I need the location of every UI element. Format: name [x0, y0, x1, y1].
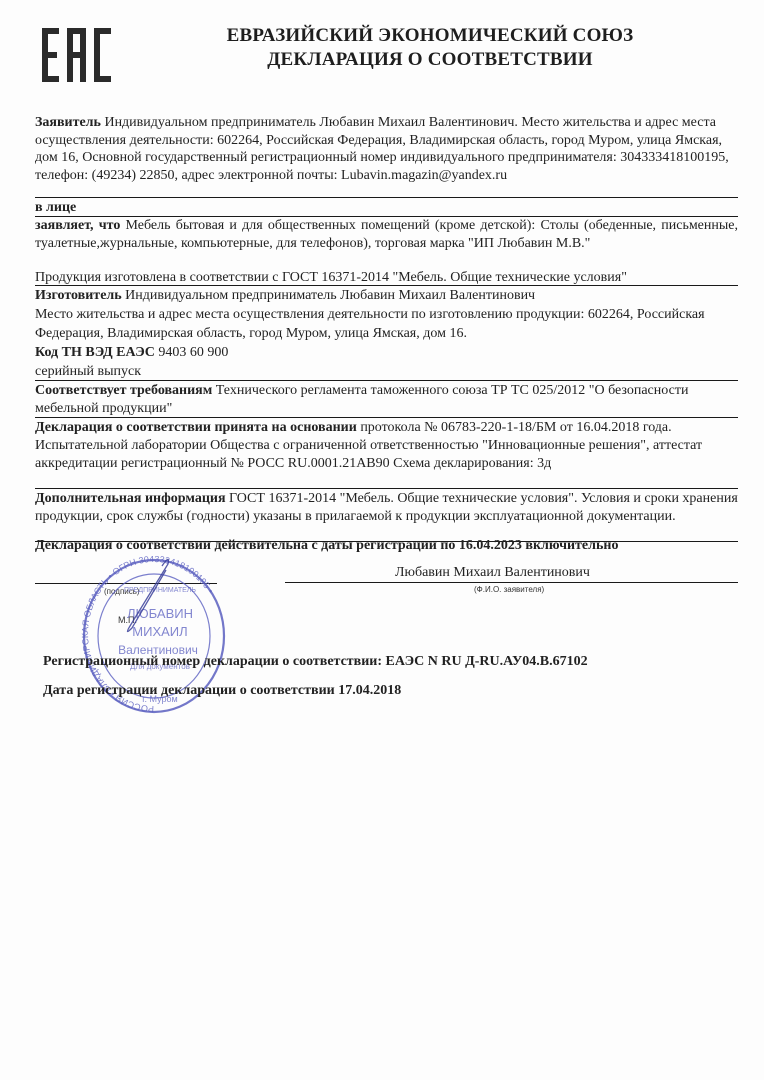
conformity-label: Соответствует требованиям — [35, 383, 212, 398]
produced-per-standard: Продукция изготовлена в соответствии с Г… — [35, 269, 738, 287]
applicant-text: Индивидуальном предприниматель Любавин М… — [35, 115, 729, 183]
divider — [35, 197, 738, 198]
applicant-name: Любавин Михаил Валентинович — [395, 564, 695, 582]
title-declaration: ДЕКЛАРАЦИЯ О СООТВЕТСТВИИ — [160, 48, 700, 72]
stamp-line2: МИХАИЛ — [132, 624, 187, 639]
page-title: ЕВРАЗИЙСКИЙ ЭКОНОМИЧЕСКИЙ СОЮЗ ДЕКЛАРАЦИ… — [160, 24, 700, 72]
represented-by-section: в лице — [35, 199, 738, 217]
declares-section: заявляет, что Мебель бытовая и для общес… — [35, 217, 738, 252]
conformity-section: Соответствует требованиям Технического р… — [35, 382, 738, 418]
name-caption: (Ф.И.О. заявителя) — [474, 585, 544, 594]
divider — [35, 380, 738, 381]
applicant-label: Заявитель — [35, 115, 101, 130]
basis-section: Декларация о соответствии принята на осн… — [35, 419, 738, 473]
tn-ved-value: 9403 60 900 — [155, 345, 229, 360]
tn-ved-code: Код ТН ВЭД ЕАЭС 9403 60 900 — [35, 343, 738, 362]
tn-ved-label: Код ТН ВЭД ЕАЭС — [35, 345, 155, 360]
additional-info-label: Дополнительная информация — [35, 491, 226, 506]
eac-logo — [42, 28, 112, 82]
registration-number: Регистрационный номер декларации о соотв… — [43, 654, 588, 670]
declares-text: Мебель бытовая и для общественных помеще… — [35, 218, 738, 251]
manufacturer-section: Изготовитель Индивидуальном предпринимат… — [35, 286, 738, 381]
registration-date: Дата регистрации декларации о соответств… — [43, 683, 401, 699]
manufacturer-text: Индивидуальном предприниматель Любавин М… — [122, 288, 535, 303]
declares-label: заявляет, что — [35, 218, 120, 233]
title-union: ЕВРАЗИЙСКИЙ ЭКОНОМИЧЕСКИЙ СОЮЗ — [160, 24, 700, 48]
basis-label: Декларация о соответствии принята на осн… — [35, 420, 357, 435]
name-line — [285, 582, 738, 583]
manufacturer-address: Место жительства и адрес места осуществл… — [35, 305, 738, 343]
stamp-inner-top: ПРЕДПРИНИМАТЕЛЬ — [124, 587, 196, 594]
additional-info-section: Дополнительная информация ГОСТ 16371-201… — [35, 490, 738, 526]
applicant-section: Заявитель Индивидуальном предприниматель… — [35, 114, 735, 184]
release-type: серийный выпуск — [35, 362, 738, 381]
divider — [35, 417, 738, 418]
represented-by-label: в лице — [35, 200, 76, 215]
divider — [35, 488, 738, 489]
manufacturer-label: Изготовитель — [35, 288, 122, 303]
validity-statement: Декларация о соответствии действительна … — [35, 537, 738, 555]
